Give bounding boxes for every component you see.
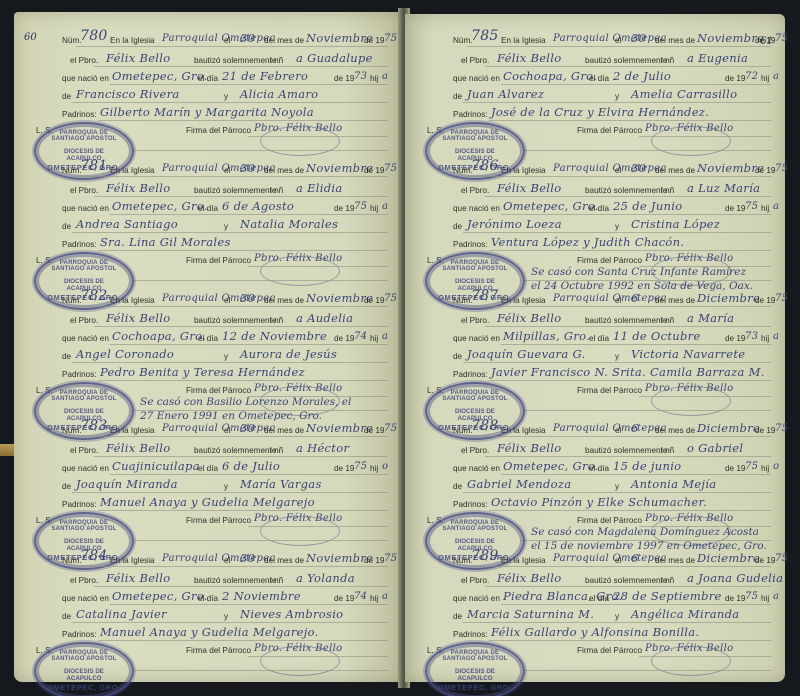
label-priest: el Pbro. xyxy=(70,56,98,65)
stamp-top-text: PARROQUIA DE SANTIAGO APOSTOL xyxy=(435,130,515,142)
child-name: a Guadalupe xyxy=(296,51,373,65)
stamp-top-text: PARROQUIA DE SANTIAGO APOSTOL xyxy=(435,520,515,532)
father-name: Jerónimo Loeza xyxy=(467,217,562,231)
stamp-top-text: PARROQUIA DE SANTIAGO APOSTOL xyxy=(435,260,515,272)
label-child-of: hij xyxy=(370,334,378,343)
label-month: del mes de xyxy=(655,36,695,45)
label-num: Núm. xyxy=(62,36,82,45)
label-godparents: Padrinos: xyxy=(453,370,488,379)
child-suffix: a xyxy=(773,71,779,82)
label-baptized: bautizó solemnemente xyxy=(585,186,667,195)
godparents-names: Manuel Anaya y Gudelia Melgarejo xyxy=(100,495,315,509)
birth-date: 11 de Octubre xyxy=(613,329,701,343)
church-name: Parroquial Ometepec xyxy=(553,33,666,44)
label-child: l nñ xyxy=(661,316,674,325)
baptism-entry: Núm. 785 En la Iglesia Parroquial Ometep… xyxy=(405,26,785,154)
label-month: del mes de xyxy=(264,166,304,175)
child-suffix: a xyxy=(773,591,779,602)
child-suffix: a xyxy=(382,331,388,342)
entry-number: 785 xyxy=(471,28,499,44)
label-and: y xyxy=(615,352,619,361)
label-born-year: de 19 xyxy=(334,464,355,473)
mother-name: María Vargas xyxy=(240,477,322,491)
label-num: Núm. xyxy=(453,36,473,45)
church-name: Parroquial Ometepec xyxy=(162,553,275,564)
baptism-year: 75 xyxy=(384,553,397,564)
signature-flourish xyxy=(260,646,340,676)
mother-name: Cristina López xyxy=(631,217,720,231)
baptism-month: Diciembre xyxy=(697,291,760,305)
child-suffix: o xyxy=(773,461,779,472)
godparents-names: Ventura López y Judith Chacón. xyxy=(491,235,684,249)
church-name: Parroquial Ometepec xyxy=(162,163,275,174)
note-line: Se casó con Basilio Lorenzo Morales, el xyxy=(140,396,351,408)
stamp-top-text: PARROQUIA DE SANTIAGO APOSTOL xyxy=(44,260,124,272)
birth-place: Ometepec, Gro. xyxy=(112,589,208,603)
label-year: de 19 xyxy=(364,556,385,565)
label-month: del mes de xyxy=(655,166,695,175)
baptism-entry: Núm. 782 En la Iglesia Parroquial Ometep… xyxy=(14,286,402,414)
register-book-spread: 60 Núm. 780 En la Iglesia Parroquial Ome… xyxy=(0,0,800,696)
child-suffix: a xyxy=(382,201,388,212)
label-child-of: hij xyxy=(761,204,769,213)
stamp-bottom-text: OMETEPEC, GRO. xyxy=(46,683,122,692)
label-month: del mes de xyxy=(264,556,304,565)
label-month: del mes de xyxy=(655,556,695,565)
birth-date: 21 de Febrero xyxy=(222,69,308,83)
baptism-entry: Núm. 788 En la Iglesia Parroquial Ometep… xyxy=(405,416,785,544)
birth-place: Ometepec, Gro. xyxy=(503,459,599,473)
church-name: Parroquial Ometepec xyxy=(553,423,666,434)
father-name: Andrea Santiago xyxy=(76,217,178,231)
baptism-entry: Núm. 786 En la Iglesia Parroquial Ometep… xyxy=(405,156,785,284)
baptism-year: 75 xyxy=(775,423,788,434)
entry-number: 784 xyxy=(80,548,108,564)
label-priest: el Pbro. xyxy=(461,56,489,65)
label-born-day: el día xyxy=(589,204,609,213)
birth-year: 75 xyxy=(354,461,367,472)
birth-date: 25 de Junio xyxy=(613,199,682,213)
entry-number: 788 xyxy=(471,418,499,434)
label-year: de 19 xyxy=(755,556,776,565)
baptism-entry: Núm. 789 En la Iglesia Parroquial Ometep… xyxy=(405,546,785,674)
label-born-in: que nació en xyxy=(62,464,109,473)
label-child: l nñ xyxy=(661,576,674,585)
birth-place: Ometepec, Gro. xyxy=(503,199,599,213)
label-day: el xyxy=(615,166,621,175)
birth-date: 15 de junio xyxy=(613,459,681,473)
stamp-mid-text: DIOCESIS DE ACAPULCO xyxy=(46,668,122,682)
label-of: de xyxy=(453,222,462,231)
godparents-names: Octavio Pinzón y Elke Schumacher. xyxy=(491,495,707,509)
signature-flourish xyxy=(651,126,731,156)
label-born-day: el día xyxy=(589,594,609,603)
label-godparents: Padrinos: xyxy=(62,630,97,639)
parish-seal-stamp: PARROQUIA DE SANTIAGO APOSTOL DIOCESIS D… xyxy=(425,642,525,696)
label-of: de xyxy=(62,352,71,361)
father-name: Joaquín Miranda xyxy=(76,477,178,491)
mother-name: Victoria Navarrete xyxy=(631,347,745,361)
label-signature: Firma del Párroco xyxy=(186,256,251,265)
label-baptized: bautizó solemnemente xyxy=(585,56,667,65)
label-born-year: de 19 xyxy=(725,464,746,473)
note-line: Se casó con Magdalena Domínguez Acosta xyxy=(531,526,759,538)
label-church: En la Iglesia xyxy=(110,556,155,565)
right-page: 61 Núm. 785 En la Iglesia Parroquial Ome… xyxy=(405,14,785,682)
birth-year: 74 xyxy=(354,331,367,342)
label-priest: el Pbro. xyxy=(461,576,489,585)
label-child: l nñ xyxy=(270,186,283,195)
baptism-day: 6 xyxy=(631,551,639,565)
baptism-day: 30 xyxy=(240,421,255,435)
godparents-names: Sra. Lina Gil Morales xyxy=(100,235,231,249)
left-page: 60 Núm. 780 En la Iglesia Parroquial Ome… xyxy=(14,12,402,682)
priest-name: Félix Bello xyxy=(106,51,171,65)
label-num: Núm. xyxy=(453,426,473,435)
label-month: del mes de xyxy=(264,36,304,45)
entry-number: 787 xyxy=(471,288,499,304)
birth-year: 73 xyxy=(354,71,367,82)
church-name: Parroquial Ometepec xyxy=(553,553,666,564)
label-child-of: hij xyxy=(370,204,378,213)
label-month: del mes de xyxy=(264,296,304,305)
entry-number: 782 xyxy=(80,288,108,304)
label-child: l nñ xyxy=(270,446,283,455)
label-signature: Firma del Párroco xyxy=(577,256,642,265)
stamp-top-text: PARROQUIA DE SANTIAGO APOSTOL xyxy=(44,390,124,402)
label-num: Núm. xyxy=(453,556,473,565)
father-name: Juan Alvarez xyxy=(467,87,544,101)
birth-date: 2 de Julio xyxy=(613,69,671,83)
label-child: l nñ xyxy=(270,576,283,585)
label-priest: el Pbro. xyxy=(70,446,98,455)
birth-date: 12 de Noviembre xyxy=(222,329,327,343)
label-priest: el Pbro. xyxy=(461,316,489,325)
stamp-top-text: PARROQUIA DE SANTIAGO APOSTOL xyxy=(435,390,515,402)
baptism-day: 6 xyxy=(631,421,639,435)
label-born-day: el día xyxy=(589,464,609,473)
baptism-entry: Núm. 783 En la Iglesia Parroquial Ometep… xyxy=(14,416,402,544)
label-child: l nñ xyxy=(270,316,283,325)
entry-number: 783 xyxy=(80,418,108,434)
label-child-of: hij xyxy=(761,74,769,83)
signature-flourish xyxy=(651,646,731,676)
baptism-day: 30 xyxy=(240,551,255,565)
signature-flourish xyxy=(651,386,731,416)
baptism-year: 75 xyxy=(384,293,397,304)
entry-number: 786 xyxy=(471,158,499,174)
label-church: En la Iglesia xyxy=(110,36,155,45)
label-of: de xyxy=(453,612,462,621)
label-born-in: que nació en xyxy=(453,74,500,83)
birth-place: Cochoapa, Gro. xyxy=(112,329,206,343)
child-name: a Elidia xyxy=(296,181,343,195)
church-name: Parroquial Ometepec xyxy=(553,163,666,174)
birth-place: Cuajinicuilapa xyxy=(112,459,200,473)
label-child: l nñ xyxy=(270,56,283,65)
priest-name: Félix Bello xyxy=(106,311,171,325)
label-and: y xyxy=(615,222,619,231)
label-baptized: bautizó solemnemente xyxy=(194,316,276,325)
label-day: el xyxy=(224,296,230,305)
label-day: el xyxy=(224,556,230,565)
label-of: de xyxy=(453,482,462,491)
godparents-names: Félix Gallardo y Alfonsina Bonilla. xyxy=(491,625,699,639)
label-child-of: hij xyxy=(761,334,769,343)
child-name: a Luz María xyxy=(687,181,760,195)
mother-name: Alicia Amaro xyxy=(240,87,318,101)
mother-name: Natalia Morales xyxy=(240,217,338,231)
label-born-in: que nació en xyxy=(453,334,500,343)
church-name: Parroquial Ometepec xyxy=(553,293,666,304)
birth-year: 75 xyxy=(745,591,758,602)
label-of: de xyxy=(62,612,71,621)
label-godparents: Padrinos: xyxy=(453,630,488,639)
label-month: del mes de xyxy=(655,426,695,435)
priest-name: Félix Bello xyxy=(497,571,562,585)
baptism-year: 75 xyxy=(384,163,397,174)
child-suffix: a xyxy=(382,71,388,82)
priest-name: Félix Bello xyxy=(106,181,171,195)
label-godparents: Padrinos: xyxy=(62,370,97,379)
label-year: de 19 xyxy=(364,166,385,175)
label-day: el xyxy=(615,556,621,565)
baptism-day: 30 xyxy=(240,291,255,305)
label-priest: el Pbro. xyxy=(70,186,98,195)
entry-number: 781 xyxy=(80,158,108,174)
label-day: el xyxy=(615,36,621,45)
baptism-day: 6 xyxy=(631,291,639,305)
label-and: y xyxy=(615,92,619,101)
birth-date: 2 Noviembre xyxy=(222,589,301,603)
label-priest: el Pbro. xyxy=(70,316,98,325)
label-month: del mes de xyxy=(264,426,304,435)
priest-name: Félix Bello xyxy=(497,51,562,65)
mother-name: Amelia Carrasillo xyxy=(631,87,737,101)
baptism-year: 75 xyxy=(775,553,788,564)
child-name: a Joana Gudelia xyxy=(687,571,783,585)
label-num: Núm. xyxy=(453,166,473,175)
baptism-day: 30 xyxy=(240,31,255,45)
label-child: l nñ xyxy=(661,186,674,195)
baptism-month: Diciembre xyxy=(697,551,760,565)
stamp-top-text: PARROQUIA DE SANTIAGO APOSTOL xyxy=(44,520,124,532)
label-and: y xyxy=(224,352,228,361)
baptism-entry: Núm. 784 En la Iglesia Parroquial Ometep… xyxy=(14,546,402,674)
mother-name: Nieves Ambrosio xyxy=(240,607,343,621)
label-born-in: que nació en xyxy=(62,204,109,213)
label-signature: Firma del Párroco xyxy=(577,126,642,135)
baptism-entry: Núm. 780 En la Iglesia Parroquial Ometep… xyxy=(14,26,402,154)
birth-place: Milpillas, Gro. xyxy=(503,329,590,343)
label-child: l nñ xyxy=(661,56,674,65)
father-name: Angel Coronado xyxy=(76,347,174,361)
father-name: Joaquín Guevara G. xyxy=(467,347,586,361)
label-baptized: bautizó solemnemente xyxy=(585,576,667,585)
church-name: Parroquial Ometepec xyxy=(162,423,275,434)
birth-year: 72 xyxy=(745,71,758,82)
priest-name: Félix Bello xyxy=(106,571,171,585)
label-baptized: bautizó solemnemente xyxy=(194,186,276,195)
label-signature: Firma del Párroco xyxy=(577,386,642,395)
stamp-top-text: PARROQUIA DE SANTIAGO APOSTOL xyxy=(44,130,124,142)
birth-year: 73 xyxy=(745,331,758,342)
baptism-entry: Núm. 781 En la Iglesia Parroquial Ometep… xyxy=(14,156,402,284)
label-signature: Firma del Párroco xyxy=(186,646,251,655)
label-child-of: hij xyxy=(761,594,769,603)
label-num: Núm. xyxy=(62,556,82,565)
label-church: En la Iglesia xyxy=(110,166,155,175)
label-church: En la Iglesia xyxy=(110,296,155,305)
label-signature: Firma del Párroco xyxy=(186,386,251,395)
label-day: el xyxy=(224,166,230,175)
priest-name: Félix Bello xyxy=(106,441,171,455)
label-baptized: bautizó solemnemente xyxy=(194,576,276,585)
label-and: y xyxy=(224,222,228,231)
birth-date: 6 de Julio xyxy=(222,459,280,473)
signature-flourish xyxy=(260,516,340,546)
father-name: Francisco Rivera xyxy=(76,87,180,101)
church-name: Parroquial Ometepec xyxy=(162,293,275,304)
label-year: de 19 xyxy=(755,426,776,435)
child-name: a Audelia xyxy=(296,311,353,325)
signature-flourish xyxy=(260,256,340,286)
label-baptized: bautizó solemnemente xyxy=(585,316,667,325)
label-priest: el Pbro. xyxy=(70,576,98,585)
baptism-year: 75 xyxy=(775,163,788,174)
baptism-year: 75 xyxy=(384,33,397,44)
label-born-day: el día xyxy=(198,464,218,473)
birth-year: 74 xyxy=(354,591,367,602)
birth-date: 6 de Agosto xyxy=(222,199,294,213)
label-baptized: bautizó solemnemente xyxy=(194,56,276,65)
birth-year: 75 xyxy=(745,201,758,212)
label-church: En la Iglesia xyxy=(501,426,546,435)
label-born-day: el día xyxy=(589,74,609,83)
baptism-month: Diciembre xyxy=(697,421,760,435)
label-of: de xyxy=(453,352,462,361)
child-suffix: o xyxy=(382,461,388,472)
mother-name: Aurora de Jesús xyxy=(240,347,337,361)
child-name: o Gabriel xyxy=(687,441,743,455)
father-name: Marcia Saturnina M. xyxy=(467,607,594,621)
label-priest: el Pbro. xyxy=(461,446,489,455)
label-born-day: el día xyxy=(198,204,218,213)
label-born-year: de 19 xyxy=(725,204,746,213)
label-signature: Firma del Párroco xyxy=(577,646,642,655)
stamp-bottom-text: OMETEPEC, GRO. xyxy=(437,683,513,692)
parish-seal-stamp: PARROQUIA DE SANTIAGO APOSTOL DIOCESIS D… xyxy=(34,642,134,696)
label-born-day: el día xyxy=(198,334,218,343)
label-year: de 19 xyxy=(755,166,776,175)
signature-flourish xyxy=(260,126,340,156)
label-day: el xyxy=(615,426,621,435)
label-and: y xyxy=(224,92,228,101)
label-child-of: hij xyxy=(370,464,378,473)
label-year: de 19 xyxy=(755,36,776,45)
label-year: de 19 xyxy=(755,296,776,305)
label-born-year: de 19 xyxy=(334,204,355,213)
label-born-year: de 19 xyxy=(725,594,746,603)
child-suffix: a xyxy=(773,331,779,342)
label-godparents: Padrinos: xyxy=(453,500,488,509)
label-and: y xyxy=(615,482,619,491)
child-suffix: a xyxy=(382,591,388,602)
church-name: Parroquial Ometepec xyxy=(162,33,275,44)
label-signature: Firma del Párroco xyxy=(186,516,251,525)
child-name: a Eugenia xyxy=(687,51,748,65)
label-godparents: Padrinos: xyxy=(453,110,488,119)
label-signature: Firma del Párroco xyxy=(577,516,642,525)
label-num: Núm. xyxy=(62,296,82,305)
birth-place: Ometepec, Gro. xyxy=(112,69,208,83)
label-church: En la Iglesia xyxy=(110,426,155,435)
label-num: Núm. xyxy=(62,426,82,435)
birth-date: 28 de Septiembre xyxy=(613,589,722,603)
mother-name: Angélica Miranda xyxy=(631,607,739,621)
label-baptized: bautizó solemnemente xyxy=(585,446,667,455)
label-godparents: Padrinos: xyxy=(453,240,488,249)
label-godparents: Padrinos: xyxy=(62,500,97,509)
baptism-day: 30 xyxy=(240,161,255,175)
label-and: y xyxy=(224,612,228,621)
label-born-in: que nació en xyxy=(62,334,109,343)
baptism-entry: Núm. 787 En la Iglesia Parroquial Ometep… xyxy=(405,286,785,414)
label-baptized: bautizó solemnemente xyxy=(194,446,276,455)
label-born-year: de 19 xyxy=(334,594,355,603)
baptism-year: 75 xyxy=(775,33,788,44)
label-and: y xyxy=(615,612,619,621)
stamp-top-text: PARROQUIA DE SANTIAGO APOSTOL xyxy=(435,650,515,662)
label-born-day: el día xyxy=(589,334,609,343)
label-child-of: hij xyxy=(370,74,378,83)
label-born-in: que nació en xyxy=(453,464,500,473)
child-name: a Yolanda xyxy=(296,571,355,585)
priest-name: Félix Bello xyxy=(497,181,562,195)
godparents-names: José de la Cruz y Elvira Hernández. xyxy=(491,105,709,119)
note-line: Se casó con Santa Cruz Infante Ramírez xyxy=(531,266,746,278)
label-year: de 19 xyxy=(364,36,385,45)
godparents-names: Gilberto Marín y Margarita Noyola xyxy=(100,105,314,119)
label-church: En la Iglesia xyxy=(501,166,546,175)
label-and: y xyxy=(224,482,228,491)
stamp-mid-text: DIOCESIS DE ACAPULCO xyxy=(437,668,513,682)
godparents-names: Javier Francisco N. Srita. Camila Barraz… xyxy=(491,365,765,379)
label-born-year: de 19 xyxy=(334,74,355,83)
label-church: En la Iglesia xyxy=(501,36,546,45)
label-born-in: que nació en xyxy=(62,594,109,603)
label-born-day: el día xyxy=(198,74,218,83)
baptism-day: 30 xyxy=(631,31,646,45)
entry-number: 780 xyxy=(80,28,108,44)
mother-name: Antonia Mejía xyxy=(631,477,716,491)
stamp-top-text: PARROQUIA DE SANTIAGO APOSTOL xyxy=(44,650,124,662)
birth-year: 75 xyxy=(354,201,367,212)
godparents-names: Manuel Anaya y Gudelia Melgarejo. xyxy=(100,625,319,639)
label-born-year: de 19 xyxy=(725,334,746,343)
label-church: En la Iglesia xyxy=(501,296,546,305)
entry-number: 789 xyxy=(471,548,499,564)
child-suffix: a xyxy=(773,201,779,212)
label-priest: el Pbro. xyxy=(461,186,489,195)
father-name: Catalina Javier xyxy=(76,607,167,621)
label-of: de xyxy=(453,92,462,101)
child-name: a Héctor xyxy=(296,441,349,455)
label-child-of: hij xyxy=(370,594,378,603)
label-year: de 19 xyxy=(364,296,385,305)
label-day: el xyxy=(615,296,621,305)
father-name: Gabriel Mendoza xyxy=(467,477,571,491)
